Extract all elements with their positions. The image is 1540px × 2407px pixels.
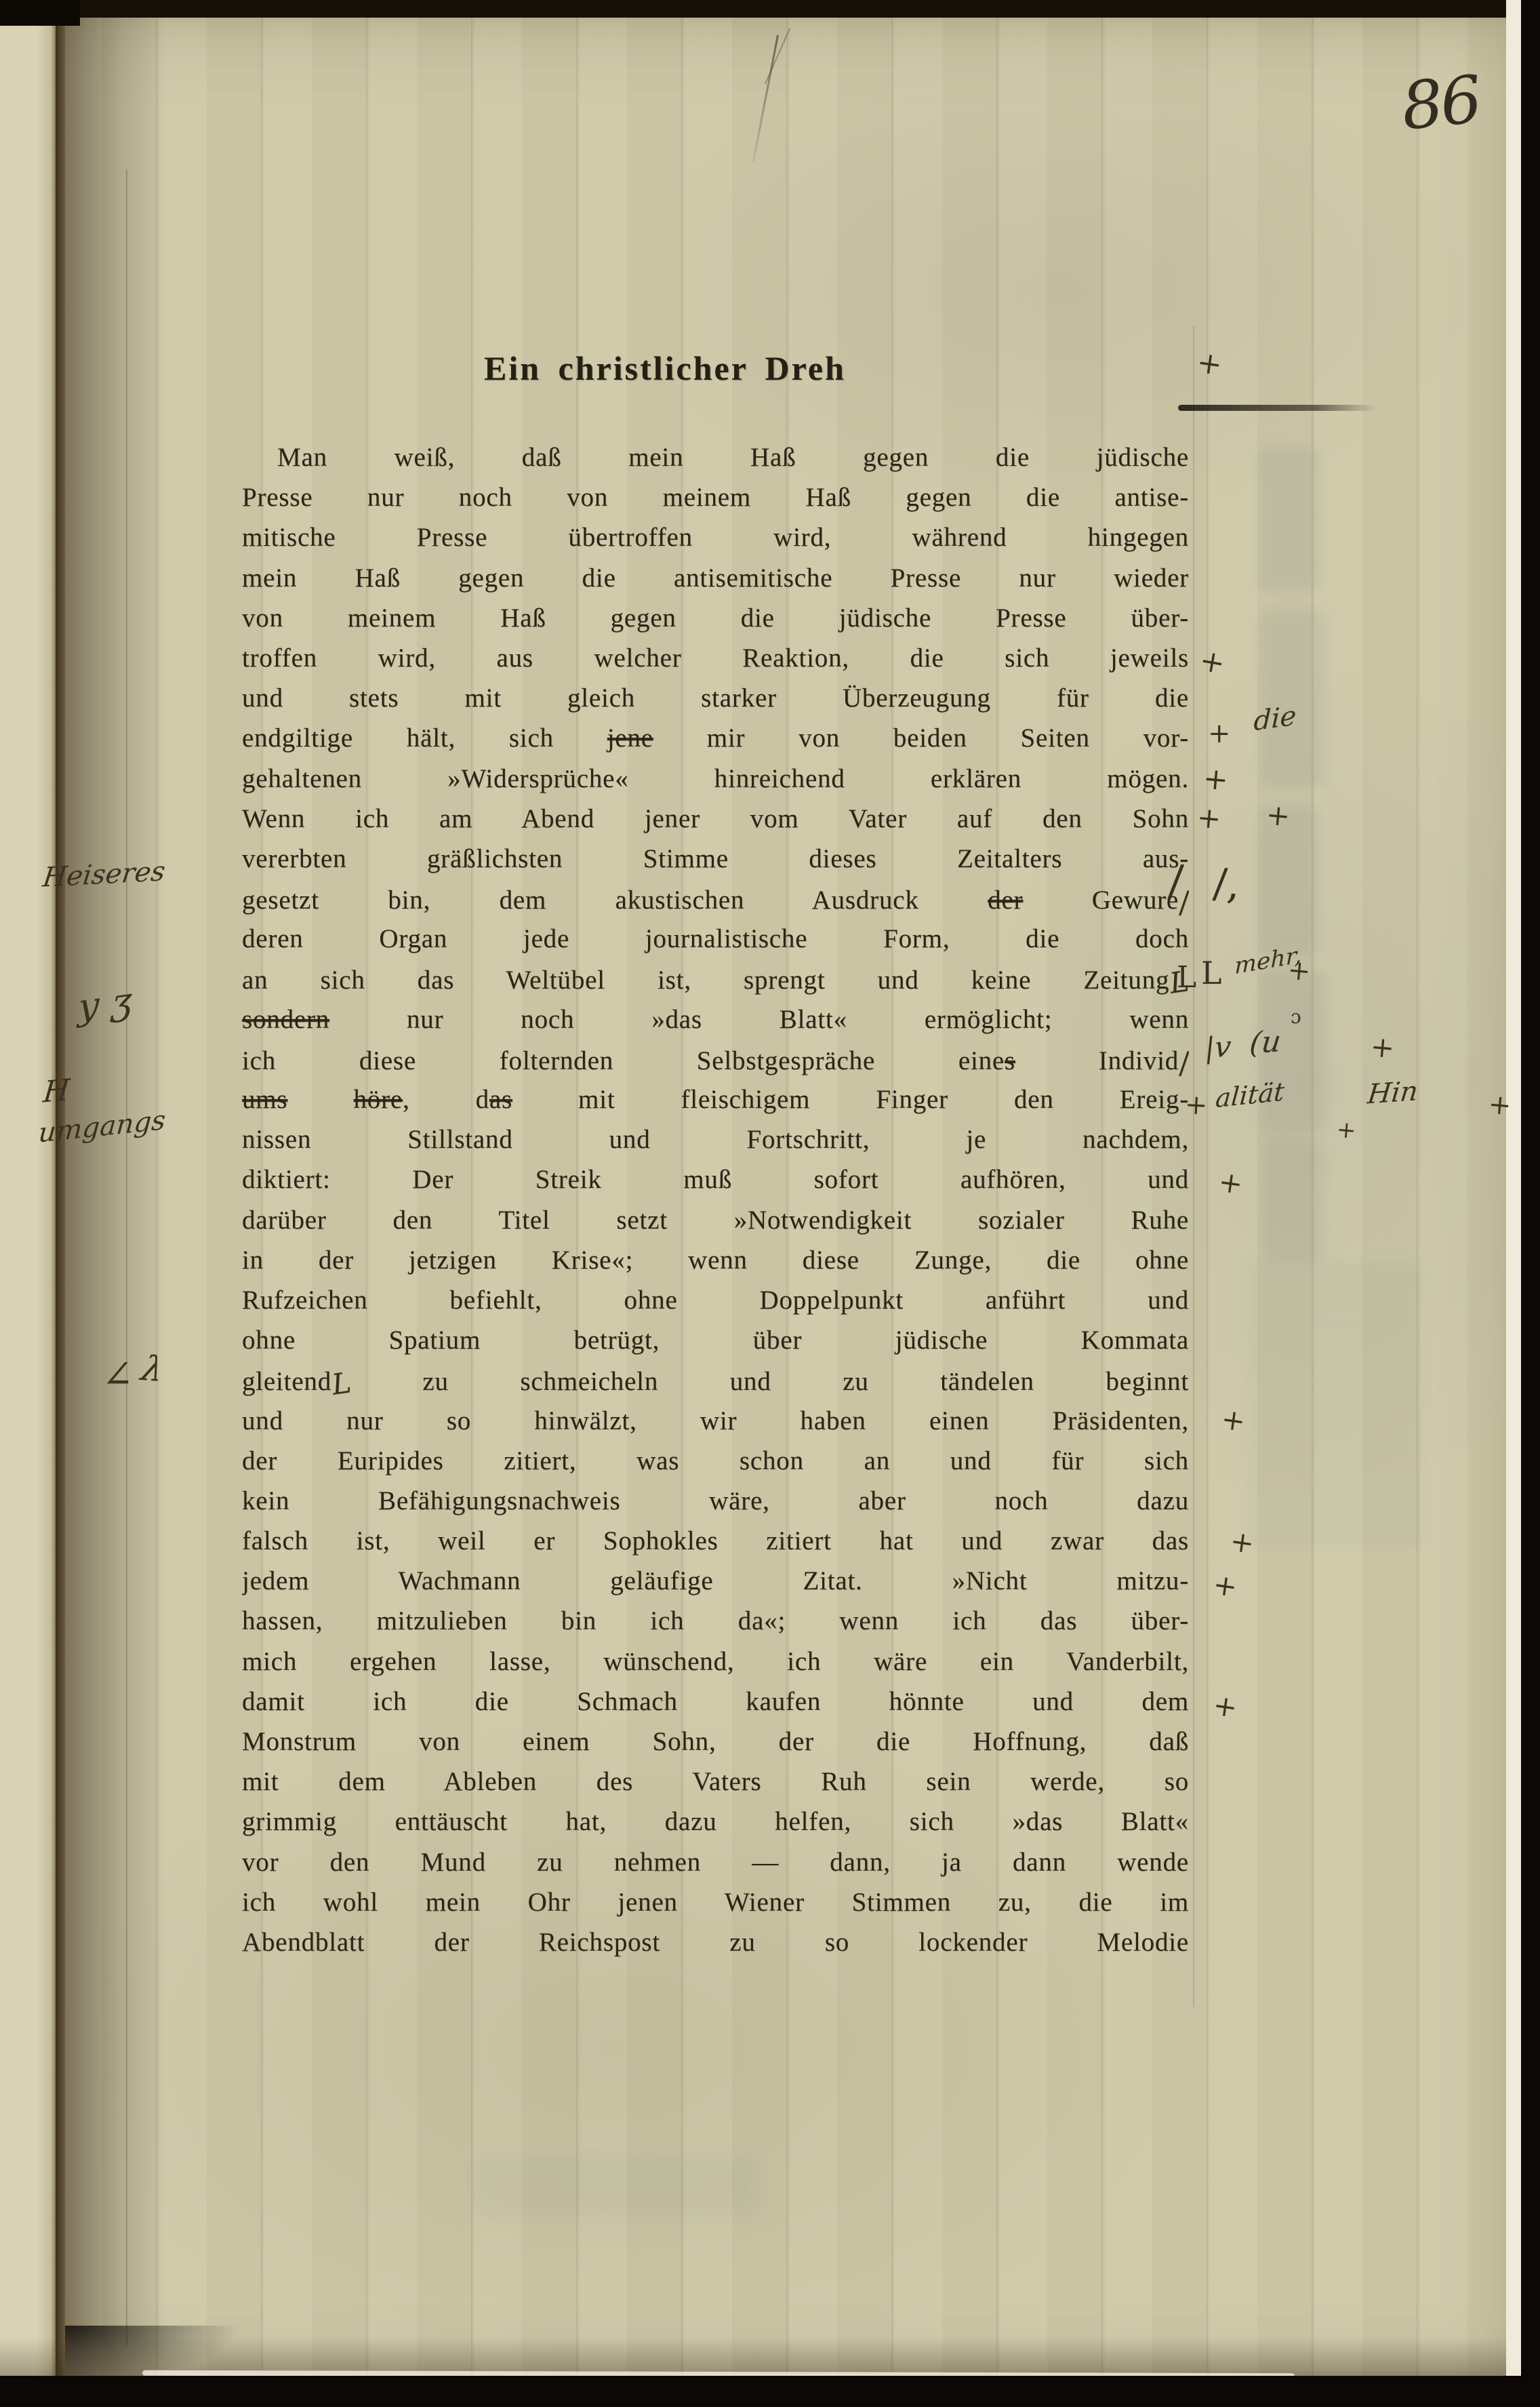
margin-guide-line-right: [1193, 325, 1194, 2007]
text-segment: gehaltenen »Widersprüche« hinreichend er…: [242, 764, 1189, 793]
text-line: nissen Stillstand und Fortschritt, je na…: [242, 1119, 1189, 1159]
struck-word: as: [489, 1085, 512, 1114]
text-segment: diktiert: Der Streik muß sofort aufhören…: [242, 1165, 1189, 1194]
text-segment: Wenn ich am Abend jener vom Vater auf de…: [242, 804, 1189, 833]
ink-showthrough: [1261, 610, 1326, 787]
struck-word: der: [988, 886, 1023, 915]
struck-word: jene: [607, 723, 653, 753]
scanned-page: 86 Ein christlicher Dreh Man weiß, daß m…: [0, 0, 1540, 2407]
text-line: grimmig enttäuscht hat, dazu helfen, sic…: [242, 1802, 1189, 1842]
text-segment: hassen, mitzulieben bin ich da«; wenn ic…: [242, 1606, 1189, 1635]
book-gutter-shadow: [65, 0, 167, 2407]
paper-tear: [752, 35, 779, 161]
text-segment: jedem Wachmann geläufige Zitat. »Nicht m…: [242, 1566, 1189, 1595]
adjacent-page-edge: [0, 0, 56, 2407]
text-line: ich wohl mein Ohr jenen Wiener Stimmen z…: [242, 1882, 1189, 1922]
text-segment: Monstrum von einem Sohn, der die Hoffnun…: [242, 1727, 1189, 1756]
text-line: mein Haß gegen die antisemitische Presse…: [242, 558, 1189, 598]
text-segment: endgiltige hält, sich: [242, 723, 607, 753]
struck-word: sondern: [242, 1005, 329, 1034]
correction-individ-a: |v: [1204, 1033, 1233, 1063]
text-line: darüber den Titel setzt »Notwendigkeit s…: [242, 1200, 1189, 1240]
text-segment: kein Befähigungsnachweis wäre, aber noch…: [242, 1486, 1189, 1515]
scan-edge-top: [0, 0, 1540, 18]
article-title: Ein christlicher Dreh: [484, 349, 846, 388]
text-segment: Presse nur noch von meinem Haß gegen die…: [242, 483, 1189, 512]
note-heiseres: Heiseres: [41, 858, 167, 891]
deleatur-mark: y ʒ: [77, 982, 132, 1026]
proof-cross-moegen: +: [1202, 763, 1230, 795]
proof-cross-individ: +: [1369, 1033, 1396, 1063]
proof-slash-gewure-a: /: [1167, 859, 1185, 903]
text-line: Rufzeichen befiehlt, ohne Doppelpunkt an…: [242, 1280, 1189, 1320]
text-line: der Euripides zitiert, was schon an und …: [242, 1441, 1189, 1481]
struck-word: höre: [353, 1085, 403, 1114]
text-line: mich ergehen lasse, wünschend, ich wäre …: [242, 1642, 1189, 1682]
text-line: diktiert: Der Streik muß sofort aufhören…: [242, 1159, 1189, 1199]
proof-cross-ereig-a: +: [1487, 1091, 1512, 1120]
insert-mark-zeitung-b: L: [1201, 957, 1222, 989]
ink-showthrough: [1263, 1139, 1323, 1261]
text-line: damit ich die Schmach kaufen hönnte und …: [242, 1682, 1189, 1722]
proof-cross-diktiert: +: [1217, 1168, 1244, 1199]
text-segment: Man weiß, daß mein Haß gegen die jüdisch…: [277, 443, 1189, 472]
correction-alitaet: alität: [1215, 1079, 1285, 1111]
correction-hin: Hin: [1366, 1077, 1419, 1108]
text-line: kein Befähigungsnachweis wäre, aber noch…: [242, 1481, 1189, 1521]
ink-showthrough: [1258, 447, 1320, 590]
proof-cross-wachmann: +: [1211, 1570, 1239, 1602]
text-segment: mit fleischigem Finger den Ereig-: [512, 1085, 1189, 1114]
text-segment: mitische Presse übertroffen wird, währen…: [242, 523, 1189, 552]
book-gutter-crease: [56, 0, 65, 2407]
text-line: Wenn ich am Abend jener vom Vater auf de…: [242, 799, 1189, 839]
text-segment: [287, 1085, 353, 1114]
scan-edge-right: [1521, 0, 1540, 2407]
text-line: Monstrum von einem Sohn, der die Hoffnun…: [242, 1722, 1189, 1762]
proof-cross-zeitung: +: [1286, 957, 1312, 986]
text-segment: und stets mit gleich starker Überzeugung…: [242, 683, 1189, 713]
proof-cross-praesident: +: [1219, 1405, 1247, 1436]
text-line: deren Organ jede journalistische Form, d…: [242, 919, 1189, 959]
text-segment: Abendblatt der Reichspost zu so lockende…: [242, 1928, 1189, 1957]
proof-cross-sohn-b: +: [1265, 801, 1291, 831]
correction-die: die: [1253, 702, 1297, 735]
text-line: gesetzt bin, dem akustischen Ausdruck de…: [242, 879, 1189, 919]
text-line: Presse nur noch von meinem Haß gegen die…: [242, 477, 1189, 517]
proof-cross-sohn-a: +: [1196, 803, 1222, 834]
scan-edge-top-corner: [0, 0, 80, 26]
text-line: troffen wird, aus welcher Reaktion, die …: [242, 638, 1189, 678]
text-line: an sich das Weltübel ist, sprengt und ke…: [242, 959, 1189, 999]
text-line: von meinem Haß gegen die jüdische Presse…: [242, 598, 1189, 638]
text-segment: der Euripides zitiert, was schon an und …: [242, 1446, 1189, 1475]
ink-showthrough: [474, 2156, 759, 2217]
struck-word: ums: [242, 1085, 287, 1114]
text-segment: vor den Mund zu nehmen — dann, ja dann w…: [242, 1848, 1189, 1877]
proof-cross-ereig-b: +: [1336, 1118, 1357, 1142]
caret-gleitend-a: ∠: [102, 1356, 134, 1394]
text-segment: , d: [403, 1085, 489, 1114]
page-right-edge-highlight: [1506, 0, 1521, 2407]
text-segment: von meinem Haß gegen die jüdische Presse…: [242, 603, 1189, 633]
text-line: hassen, mitzulieben bin ich da«; wenn ic…: [242, 1601, 1189, 1641]
text-segment: Gewure: [1023, 886, 1179, 915]
text-segment: mit dem Ableben des Vaters Ruh sein werd…: [242, 1767, 1189, 1796]
body-text: Man weiß, daß mein Haß gegen die jüdisch…: [242, 437, 1189, 1962]
text-segment: mir von beiden Seiten vor-: [653, 723, 1189, 753]
text-line: vererbten gräßlichsten Stimme dieses Zei…: [242, 839, 1189, 879]
text-line: ohne Spatium betrügt, über jüdische Komm…: [242, 1320, 1189, 1360]
text-segment: troffen wird, aus welcher Reaktion, die …: [242, 643, 1189, 673]
text-line: ums höre, das mit fleischigem Finger den…: [242, 1079, 1189, 1119]
proof-cross-die: +: [1208, 720, 1231, 747]
correction-individ-c: ɔ: [1291, 1008, 1301, 1027]
text-segment: nur noch »das Blatt« ermöglicht; wenn: [329, 1005, 1189, 1034]
text-segment: mich ergehen lasse, wünschend, ich wäre …: [242, 1647, 1189, 1676]
text-segment: gleitend: [242, 1367, 331, 1396]
text-segment: deren Organ jede journalistische Form, d…: [242, 924, 1189, 953]
text-line: und nur so hinwälzt, wir haben einen Prä…: [242, 1401, 1189, 1441]
text-line: gleitendL zu schmeicheln und zu tändelen…: [242, 1360, 1189, 1400]
text-line: mit dem Ableben des Vaters Ruh sein werd…: [242, 1762, 1189, 1802]
scan-edge-bottom: [0, 2376, 1540, 2407]
text-segment: mein Haß gegen die antisemitische Presse…: [242, 563, 1189, 593]
text-segment: Rufzeichen befiehlt, ohne Doppelpunkt an…: [242, 1286, 1189, 1315]
text-segment: vererbten gräßlichsten Stimme dieses Zei…: [242, 844, 1189, 873]
text-segment: und nur so hinwälzt, wir haben einen Prä…: [242, 1406, 1189, 1435]
text-segment: ich wohl mein Ohr jenen Wiener Stimmen z…: [242, 1888, 1189, 1917]
correction-alitaet-cross: +: [1184, 1091, 1209, 1119]
text-segment: in der jetzigen Krise«; wenn diese Zunge…: [242, 1246, 1189, 1275]
text-line: und stets mit gleich starker Überzeugung…: [242, 678, 1189, 718]
text-segment: falsch ist, weil er Sophokles zitiert ha…: [242, 1526, 1189, 1555]
proof-cross-jeweils: +: [1197, 645, 1227, 679]
text-line: endgiltige hält, sich jene mir von beide…: [242, 718, 1189, 758]
text-segment: grimmig enttäuscht hat, dazu helfen, sic…: [242, 1807, 1189, 1836]
text-line: Man weiß, daß mein Haß gegen die jüdisch…: [242, 437, 1189, 477]
proof-cross-damit: +: [1211, 1691, 1239, 1722]
proof-slash-gewure-b: /,: [1212, 863, 1241, 906]
proof-cross-falsch: +: [1228, 1527, 1256, 1558]
text-line: Abendblatt der Reichspost zu so lockende…: [242, 1922, 1189, 1962]
text-segment: Individ: [1015, 1046, 1179, 1075]
proof-cross-title: +: [1195, 348, 1224, 381]
text-line: ich diese folternden Selbstgespräche ein…: [242, 1039, 1189, 1079]
text-segment: damit ich die Schmach kaufen hönnte und …: [242, 1687, 1189, 1716]
text-line: jedem Wachmann geläufige Zitat. »Nicht m…: [242, 1561, 1189, 1601]
text-segment: zu schmeicheln und zu tändelen beginnt: [351, 1367, 1189, 1396]
text-line: vor den Mund zu nehmen — dann, ja dann w…: [242, 1842, 1189, 1882]
text-line: sondern nur noch »das Blatt« ermöglicht;…: [242, 999, 1189, 1039]
struck-word: s: [1005, 1046, 1015, 1075]
scan-artifact-streak: [1178, 405, 1376, 411]
handwritten-page-number: 86: [1398, 61, 1482, 144]
text-segment: gesetzt bin, dem akustischen Ausdruck: [242, 886, 988, 915]
text-segment: nissen Stillstand und Fortschritt, je na…: [242, 1125, 1189, 1154]
text-line: falsch ist, weil er Sophokles zitiert ha…: [242, 1521, 1189, 1561]
note-h: H: [42, 1075, 71, 1107]
correction-individ-b: (u: [1248, 1027, 1282, 1058]
text-segment: an sich das Weltübel ist, sprengt und ke…: [242, 966, 1169, 995]
text-segment: ohne Spatium betrügt, über jüdische Komm…: [242, 1326, 1189, 1355]
insert-mark-zeitung-a: L: [1177, 963, 1196, 993]
text-line: gehaltenen »Widersprüche« hinreichend er…: [242, 759, 1189, 799]
text-segment: darüber den Titel setzt »Notwendigkeit s…: [242, 1206, 1189, 1235]
text-line: mitische Presse übertroffen wird, währen…: [242, 517, 1189, 557]
text-line: in der jetzigen Krise«; wenn diese Zunge…: [242, 1240, 1189, 1280]
text-segment: ich diese folternden Selbstgespräche ein…: [242, 1046, 1005, 1075]
ink-showthrough: [1247, 1261, 1423, 1546]
